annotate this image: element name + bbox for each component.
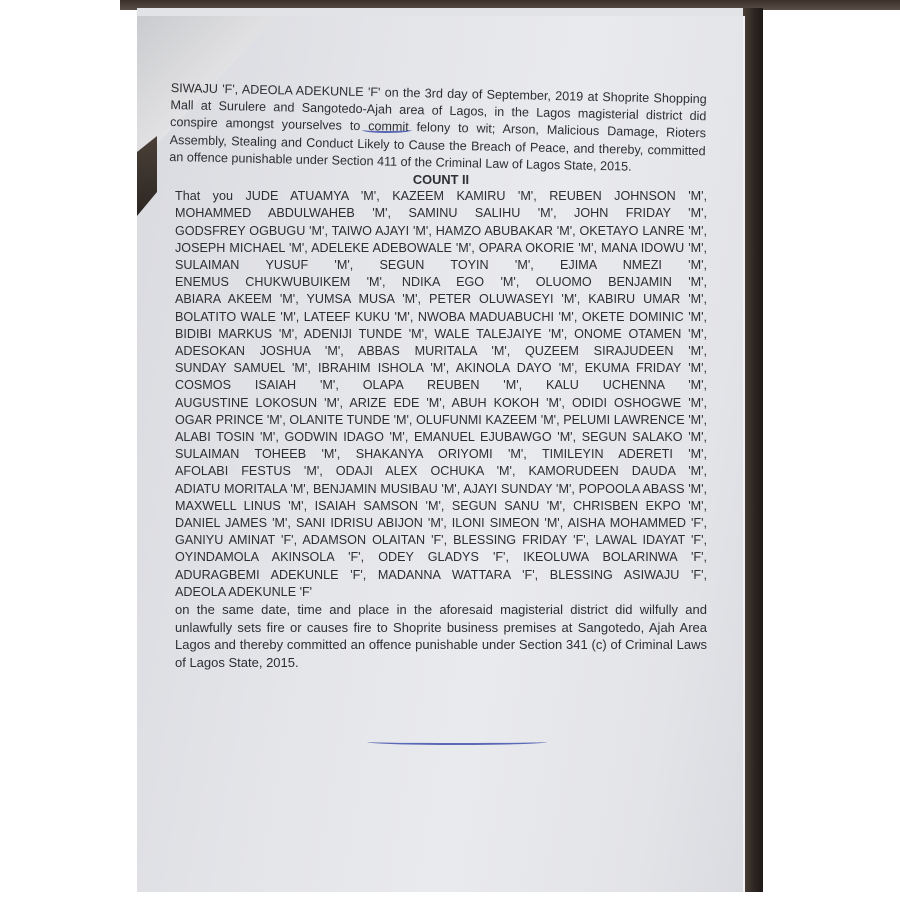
- defendant-name: KAZEEM KAMIRU 'M': [392, 189, 533, 203]
- defendant-name: AKINOLA DAYO 'M': [456, 361, 574, 375]
- defendant-name: IKEOLUWA BOLARINWA 'F': [523, 550, 703, 564]
- defendant-name: COSMOS ISAIAH 'M': [175, 378, 335, 392]
- defendant-name: OKETE DOMINIC 'M': [582, 310, 704, 324]
- defendant-name: ADESOKAN JOSHUA 'M': [175, 344, 340, 358]
- defendant-name: POPOOLA ABASS 'M': [579, 482, 704, 496]
- defendant-name: AISHA MOHAMMED 'F': [568, 516, 704, 530]
- defendant-name: OLUFUNMI KAZEEM 'M': [416, 413, 556, 427]
- defendant-name: ODEY GLADYS 'F': [378, 550, 505, 564]
- defendant-name: EKUMA FRIDAY 'M': [585, 361, 704, 375]
- defendant-name: BLESSING ASIWAJU 'F': [550, 568, 704, 582]
- defendant-name: SEGUN SALAKO 'M': [582, 430, 704, 444]
- defendant-name: MAXWELL LINUS 'M': [175, 499, 304, 513]
- defendant-name: EMANUEL EJUBAWGO 'M': [414, 430, 573, 444]
- defendant-name: TAIWO AJAYI 'M': [332, 224, 429, 238]
- count-ii-charge-paragraph: on the same date, time and place in the …: [175, 601, 707, 671]
- defendant-name: QUZEEM SIRAJUDEEN 'M': [525, 344, 704, 358]
- defendant-name: OLAPA REUBEN 'M': [363, 378, 519, 392]
- defendant-name: ADURAGBEMI ADEKUNLE 'F': [175, 568, 363, 582]
- charge-sheet-page: SIWAJU 'F', ADEOLA ADEKUNLE 'F' on the 3…: [137, 16, 745, 892]
- defendant-name: SEGUN SANU 'M': [452, 499, 562, 513]
- defendant-name: OLUOMO BENJAMIN 'M': [536, 275, 704, 289]
- count-ii-intro: That you: [175, 189, 245, 203]
- defendant-name: SUNDAY SAMUEL 'M': [175, 361, 307, 375]
- defendant-name: BOLATITO WALE 'M': [175, 310, 296, 324]
- defendant-name: KALU UCHENNA 'M': [546, 378, 704, 392]
- defendant-name: YUMSA MUSA 'M': [306, 292, 417, 306]
- defendant-name: ADELEKE ADEBOWALE 'M': [311, 241, 471, 255]
- defendant-name: MOHAMMED ABDULWAHEB 'M': [175, 206, 388, 220]
- defendant-name: OYINDAMOLA AKINSOLA 'F': [175, 550, 361, 564]
- defendant-name: KAMORUDEEN DAUDA 'M': [529, 464, 704, 478]
- defendant-name: ENEMUS CHUKWUBUIKEM 'M': [175, 275, 382, 289]
- defendant-name: ABUH KOKOH 'M': [452, 396, 562, 410]
- defendant-name: HAMZO ABUBAKAR 'M': [436, 224, 572, 238]
- defendant-name: EJIMA NMEZI 'M': [560, 258, 703, 272]
- defendant-name: OLANITE TUNDE 'M': [289, 413, 409, 427]
- document-body: SIWAJU 'F', ADEOLA ADEKUNLE 'F' on the 3…: [175, 80, 707, 671]
- defendant-name: IBRAHIM ISHOLA 'M': [318, 361, 446, 375]
- defendant-name: DANIEL JAMES 'M': [175, 516, 287, 530]
- defendant-name: TIMILEYIN ADERETI 'M': [542, 447, 704, 461]
- defendant-name: GODSFREY OGBUGU 'M': [175, 224, 324, 238]
- defendant-name: ARIZE EDE 'M': [349, 396, 441, 410]
- defendant-name: NDIKA EGO 'M': [402, 275, 516, 289]
- defendant-name: AUGUSTINE LOKOSUN 'M': [175, 396, 339, 410]
- defendant-name: ADIATU MORITALA 'M': [175, 482, 306, 496]
- defendant-name: ILONI SIMEON 'M': [452, 516, 560, 530]
- defendant-name: PELUMI LAWRENCE 'M': [563, 413, 703, 427]
- ink-underline-sets-fire: [367, 739, 547, 745]
- defendant-name: ABIARA AKEEM 'M': [175, 292, 295, 306]
- photo-background-edge: [743, 8, 763, 892]
- defendant-name: GODWIN IDAGO 'M': [284, 430, 404, 444]
- defendant-name: JOHN FRIDAY 'M': [574, 206, 703, 220]
- defendant-name: OKETAYO LANRE 'M': [579, 224, 703, 238]
- defendant-name: ISAIAH SAMSON 'M': [315, 499, 441, 513]
- defendant-name: AJAYI SUNDAY 'M': [463, 482, 571, 496]
- defendant-name: OPARA OKORIE 'M': [479, 241, 594, 255]
- defendant-name: ADENIJI TUNDE 'M': [304, 327, 424, 341]
- defendant-name: OGAR PRINCE 'M': [175, 413, 282, 427]
- defendant-name: ONOME OTAMEN 'M': [574, 327, 703, 341]
- document-photo: SIWAJU 'F', ADEOLA ADEKUNLE 'F' on the 3…: [137, 8, 763, 892]
- defendant-name: GANIYU AMINAT 'F': [175, 533, 294, 547]
- defendant-name: BIDIBI MARKUS 'M': [175, 327, 294, 341]
- defendant-name: SEGUN TOYIN 'M': [380, 258, 531, 272]
- defendant-name: BENJAMIN MUSIBAU 'M': [313, 482, 457, 496]
- defendant-name: AFOLABI FESTUS 'M': [175, 464, 319, 478]
- defendant-name: SULAIMAN YUSUF 'M': [175, 258, 350, 272]
- defendant-name: ADAMSON OLAITAN 'F': [302, 533, 443, 547]
- defendant-name: JUDE ATUAMYA 'M': [245, 189, 376, 203]
- defendant-name: KABIRU UMAR 'M': [588, 292, 703, 306]
- defendant-name: ADEOLA ADEKUNLE 'F': [175, 585, 312, 599]
- defendant-name: SHAKANYA ORIYOMI 'M': [356, 447, 524, 461]
- defendant-name: JOSEPH MICHAEL 'M': [175, 241, 304, 255]
- defendant-name: SANI IDRISU ABIJON 'M': [296, 516, 443, 530]
- defendant-name: CHRISBEN EKPO 'M': [573, 499, 703, 513]
- defendant-name: ODAJI ALEX OCHUKA 'M': [336, 464, 512, 478]
- defendant-name: LAWAL IDAYAT 'F': [595, 533, 703, 547]
- defendant-name: LATEEF KUKU 'M': [304, 310, 410, 324]
- ink-underline-conspire: [362, 127, 412, 133]
- defendant-name: ODIDI OSHOGWE 'M': [572, 396, 704, 410]
- defendant-name: PETER OLUWASEYI 'M': [429, 292, 577, 306]
- defendant-name: BLESSING FRIDAY 'F': [453, 533, 586, 547]
- defendant-name: SAMINU SALIHU 'M': [408, 206, 553, 220]
- defendant-name: NWOBA MADUABUCHI 'M': [418, 310, 574, 324]
- defendant-name: ABBAS MURITALA 'M': [358, 344, 507, 358]
- count-i-tail-paragraph: SIWAJU 'F', ADEOLA ADEKUNLE 'F' on the 3…: [169, 80, 707, 177]
- defendant-name: MADANNA WATTARA 'F': [378, 568, 535, 582]
- defendant-name: ALABI TOSIN 'M': [175, 430, 275, 444]
- defendant-name: SULAIMAN TOHEEB 'M': [175, 447, 337, 461]
- count-ii-defendants-list: That you JUDE ATUAMYA 'M', KAZEEM KAMIRU…: [175, 188, 707, 601]
- defendant-name: WALE TALEJAIYE 'M': [434, 327, 563, 341]
- defendant-name: MANA IDOWU 'M': [601, 241, 703, 255]
- defendant-name: REUBEN JOHNSON 'M': [549, 189, 703, 203]
